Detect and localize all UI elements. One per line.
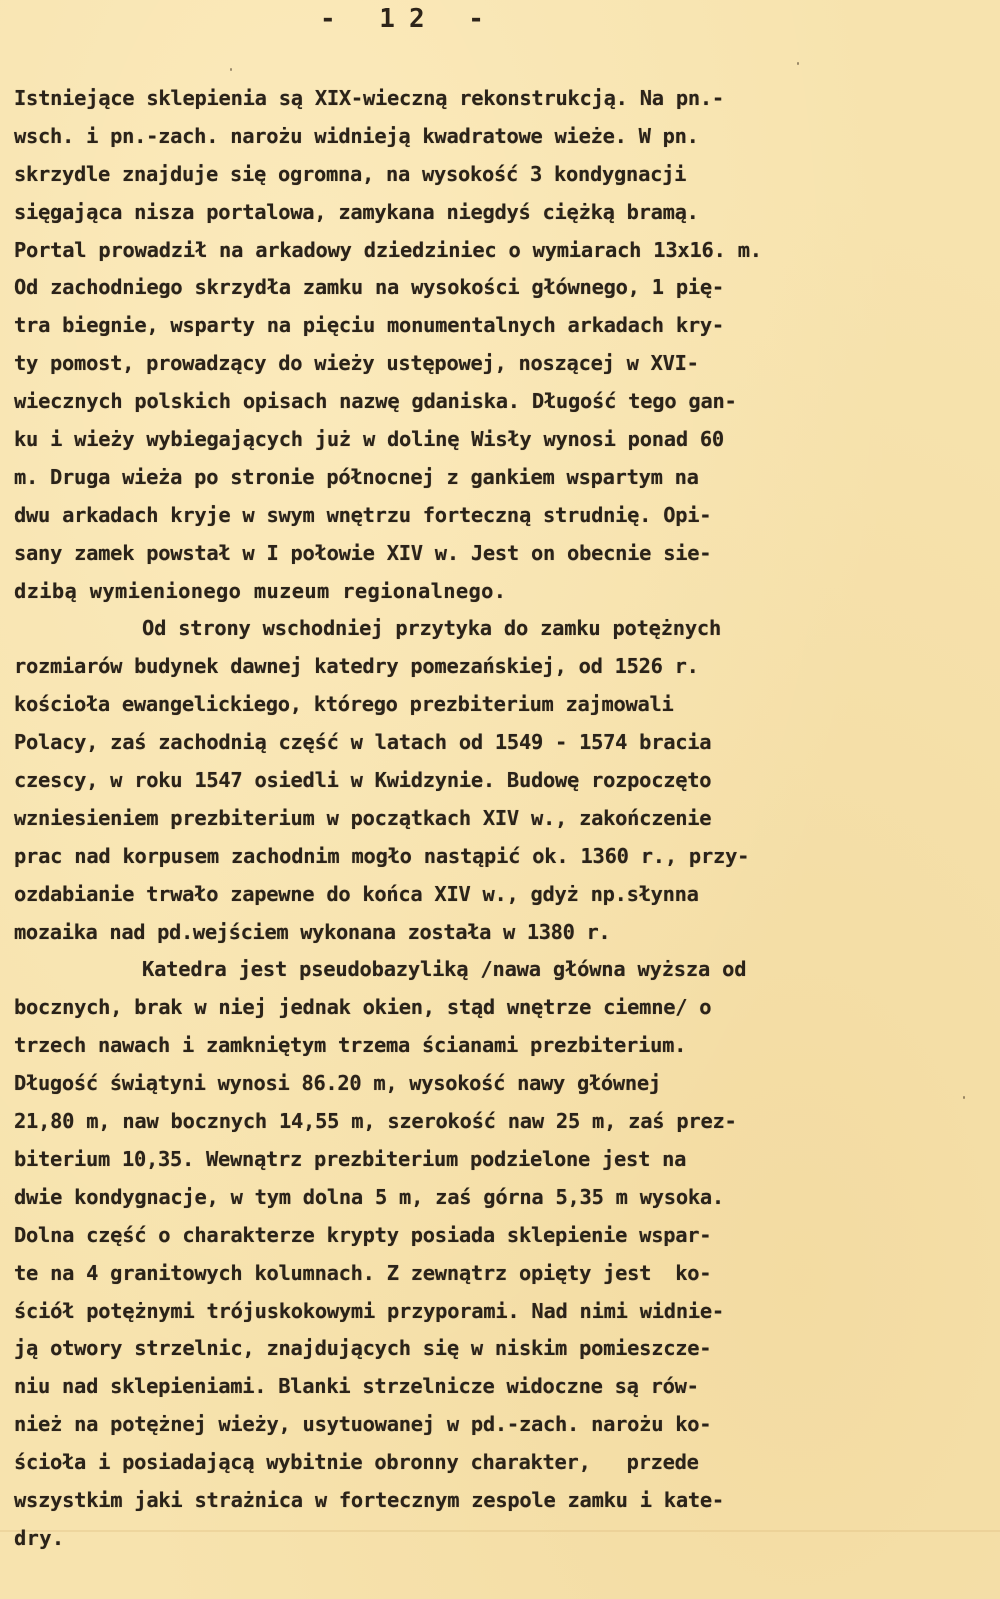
text-line: Długość świątyni wynosi 86.20 m, wysokoś… <box>14 1065 989 1103</box>
text-line: 21,80 m, naw bocznych 14,55 m, szerokość… <box>14 1103 989 1141</box>
paragraph-first-line: Katedra jest pseudobazyliką /nawa główna… <box>14 951 989 989</box>
paper-speck <box>230 68 232 71</box>
text-line: m. Druga wieża po stronie północnej z ga… <box>14 459 989 497</box>
text-line: biterium 10,35. Wewnątrz prezbiterium po… <box>14 1141 989 1179</box>
text-line: sany zamek powstał w I połowie XIV w. Je… <box>14 535 989 573</box>
text-line: kościoła ewangelickiego, którego prezbit… <box>14 686 989 724</box>
text-line: trzech nawach i zamkniętym trzema ściana… <box>14 1027 989 1065</box>
text-line: Od zachodniego skrzydła zamku na wysokoś… <box>14 269 989 307</box>
text-line: Dolna część o charakterze krypty posiada… <box>14 1217 989 1255</box>
text-line: wsch. i pn.-zach. narożu widnieją kwadra… <box>14 118 989 156</box>
typewritten-page: - 12 - Istniejące sklepienia są XIX-wiec… <box>0 0 1000 1599</box>
text-line: ku i wieży wybiegających już w dolinę Wi… <box>14 421 989 459</box>
page-number: - 12 - <box>320 4 498 34</box>
text-line: nież na potężnej wieży, usytuowanej w pd… <box>14 1406 989 1444</box>
text-line: wszystkim jaki strażnica w fortecznym ze… <box>14 1482 989 1520</box>
text-line: ją otwory strzelnic, znajdujących się w … <box>14 1330 989 1368</box>
text-line: tra biegnie, wsparty na pięciu monumenta… <box>14 307 989 345</box>
text-line: dwie kondygnacje, w tym dolna 5 m, zaś g… <box>14 1179 989 1217</box>
text-line: Istniejące sklepienia są XIX-wieczną rek… <box>14 80 989 118</box>
text-line: prac nad korpusem zachodnim mogło nastąp… <box>14 838 989 876</box>
body-text: Istniejące sklepienia są XIX-wieczną rek… <box>14 80 989 1558</box>
text-line: czescy, w roku 1547 osiedli w Kwidzynie.… <box>14 762 989 800</box>
text-line: dwu arkadach kryje w swym wnętrzu fortec… <box>14 497 989 535</box>
text-line: niu nad sklepieniami. Blanki strzelnicze… <box>14 1368 989 1406</box>
text-line: dry. <box>14 1520 989 1558</box>
text-line: ozdabianie trwało zapewne do końca XIV w… <box>14 876 989 914</box>
text-line: dzibą wymienionego muzeum regionalnego. <box>14 573 989 611</box>
text-line: ścioła i posiadającą wybitnie obronny ch… <box>14 1444 989 1482</box>
text-line: ściół potężnymi trójuskokowymi przyporam… <box>14 1293 989 1331</box>
text-line: wzniesieniem prezbiterium w początkach X… <box>14 800 989 838</box>
text-line: Portal prowadził na arkadowy dziedziniec… <box>14 232 989 270</box>
text-line: skrzydle znajduje się ogromna, na wysoko… <box>14 156 989 194</box>
text-line: ty pomost, prowadzący do wieży ustępowej… <box>14 345 989 383</box>
text-line: wiecznych polskich opisach nazwę gdanisk… <box>14 383 989 421</box>
text-line: mozaika nad pd.wejściem wykonana została… <box>14 914 989 952</box>
paper-speck <box>797 62 799 65</box>
text-line: sięgająca nisza portalowa, zamykana nieg… <box>14 194 989 232</box>
text-line: rozmiarów budynek dawnej katedry pomezań… <box>14 648 989 686</box>
text-line: Polacy, zaś zachodnią część w latach od … <box>14 724 989 762</box>
paragraph-first-line: Od strony wschodniej przytyka do zamku p… <box>14 610 989 648</box>
text-line: bocznych, brak w niej jednak okien, stąd… <box>14 989 989 1027</box>
text-line: te na 4 granitowych kolumnach. Z zewnątr… <box>14 1255 989 1293</box>
